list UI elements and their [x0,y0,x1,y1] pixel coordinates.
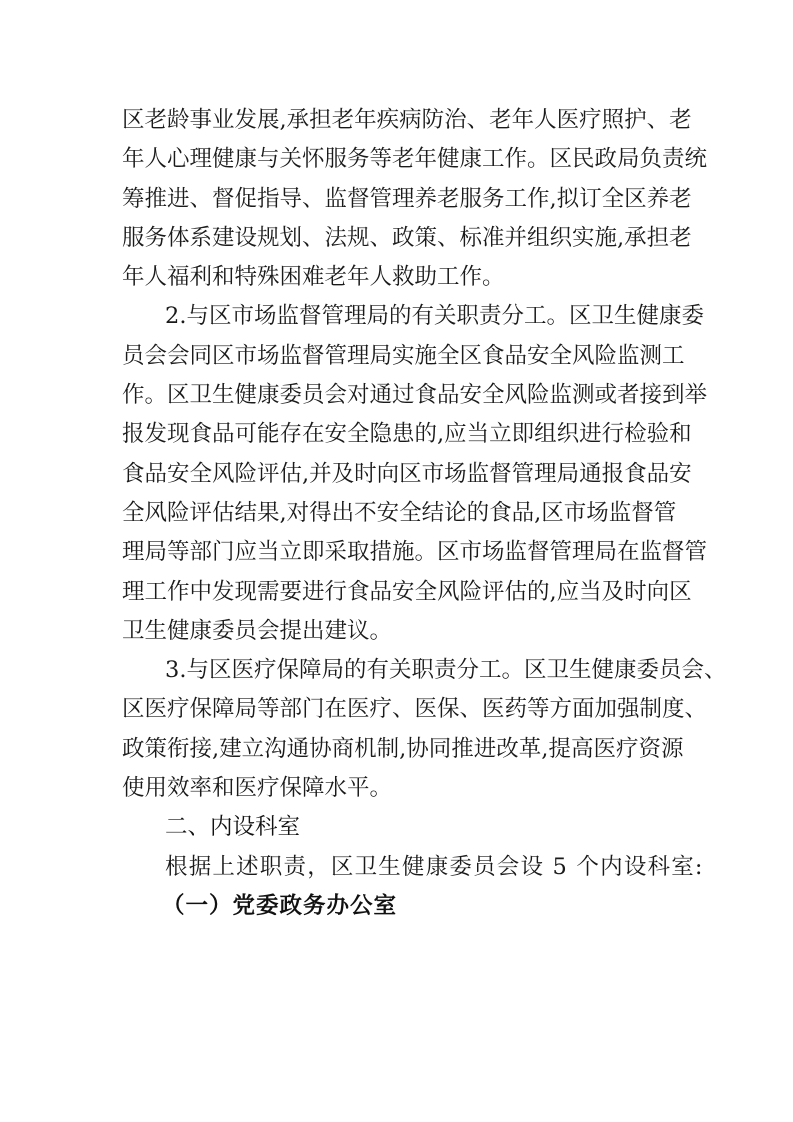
text-line: 员会会同区市场监督管理局实施全区食品安全风险监测工 [122,337,674,376]
text-line: 卫生健康委员会提出建议。 [122,612,674,651]
text-line: 3.与区医疗保障局的有关职责分工。区卫生健康委员会、 [122,651,674,690]
document-page: 区老龄事业发展,承担老年疾病防治、老年人医疗照护、老 年人心理健康与关怀服务等老… [122,101,674,926]
text-line: 服务体系建设规划、法规、政策、标准并组织实施,承担老 [122,219,674,258]
subsection-heading: （一）党委政务办公室 [122,887,674,926]
paragraph-elderly-care: 区老龄事业发展,承担老年疾病防治、老年人医疗照护、老 年人心理健康与关怀服务等老… [122,101,674,297]
paragraph-medical-security: 3.与区医疗保障局的有关职责分工。区卫生健康委员会、 区医疗保障局等部门在医疗、… [122,651,674,808]
text-line: 使用效率和医疗保障水平。 [122,769,674,808]
text-line: 年人福利和特殊困难老年人救助工作。 [122,258,674,297]
text-line: 区老龄事业发展,承担老年疾病防治、老年人医疗照护、老 [122,101,674,140]
text-line: 2.与区市场监督管理局的有关职责分工。区卫生健康委 [122,297,674,336]
intro-text: 根据上述职责，区卫生健康委员会设 5 个内设科室: [122,848,674,887]
text-line: 区医疗保障局等部门在医疗、医保、医药等方面加强制度、 [122,690,674,729]
text-line: 全风险评估结果,对得出不安全结论的食品,区市场监督管 [122,494,674,533]
text-line: 年人心理健康与关怀服务等老年健康工作。区民政局负责统 [122,140,674,179]
text-line: 食品安全风险评估,并及时向区市场监督管理局通报食品安 [122,455,674,494]
text-line: 筹推进、督促指导、监督管理养老服务工作,拟订全区养老 [122,180,674,219]
text-line: 作。区卫生健康委员会对通过食品安全风险监测或者接到举 [122,376,674,415]
section-heading: 二、内设科室 [122,808,674,847]
text-line: 理局等部门应当立即采取措施。区市场监督管理局在监督管 [122,533,674,572]
text-line: 报发现食品可能存在安全隐患的,应当立即组织进行检验和 [122,415,674,454]
paragraph-market-supervision: 2.与区市场监督管理局的有关职责分工。区卫生健康委 员会会同区市场监督管理局实施… [122,297,674,651]
text-line: 理工作中发现需要进行食品安全风险评估的,应当及时向区 [122,573,674,612]
text-line: 政策衔接,建立沟通协商机制,协同推进改革,提高医疗资源 [122,730,674,769]
